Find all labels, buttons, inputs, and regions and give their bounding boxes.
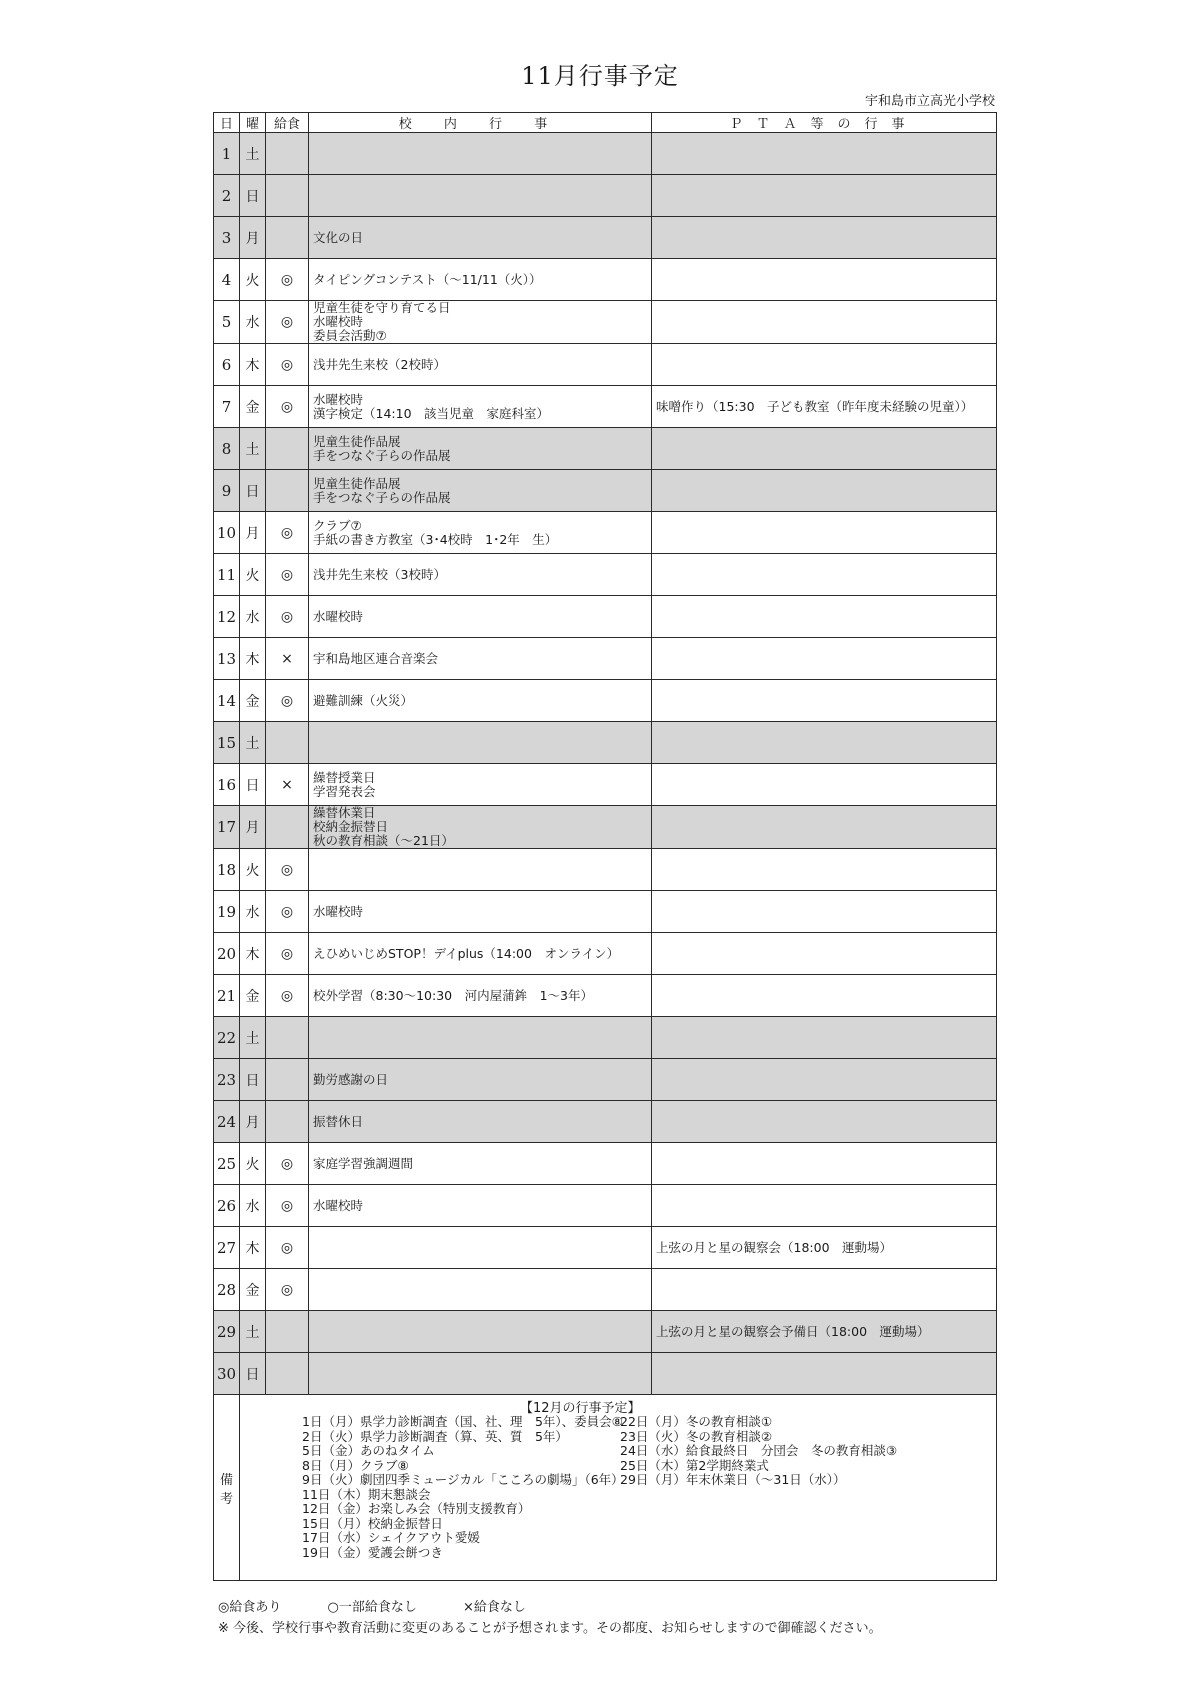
- school-events-cell: タイピングコンテスト（～11/11（火））: [309, 259, 652, 301]
- table-row: 8土児童生徒作品展手をつなぐ子らの作品展: [214, 428, 997, 470]
- pta-events-cell: 味噌作り（15:30 子ども教室（昨年度未経験の児童））: [652, 386, 997, 428]
- table-row: 2日: [214, 175, 997, 217]
- event-line: 浅井先生来校（3校時）: [313, 568, 651, 582]
- table-row: 29土上弦の月と星の観察会予備日（18:00 運動場）: [214, 1311, 997, 1353]
- december-event: 24日（水）給食最終日 分団会 冬の教育相談③: [620, 1444, 897, 1459]
- table-row: 17月繰替休業日校納金振替日秋の教育相談（～21日）: [214, 806, 997, 849]
- lunch-status: ◎: [266, 1143, 309, 1185]
- event-line: 味噌作り（15:30 子ども教室（昨年度未経験の児童））: [656, 400, 996, 414]
- weekday: 土: [240, 428, 266, 470]
- event-line: 学習発表会: [313, 785, 651, 799]
- december-event: 29日（月）年末休業日（～31日（水））: [620, 1473, 897, 1488]
- school-events-cell: 勤労感謝の日: [309, 1059, 652, 1101]
- day-number: 25: [214, 1143, 240, 1185]
- table-row: 27木◎上弦の月と星の観察会（18:00 運動場）: [214, 1227, 997, 1269]
- weekday: 木: [240, 933, 266, 975]
- day-number: 2: [214, 175, 240, 217]
- table-row: 12水◎水曜校時: [214, 596, 997, 638]
- event-line: 漢字検定（14:10 該当児童 家庭科室）: [313, 407, 651, 421]
- event-line: 児童生徒を守り育てる日: [313, 301, 651, 315]
- remarks-label: 備考: [214, 1395, 240, 1581]
- day-number: 18: [214, 849, 240, 891]
- school-events-cell: 校外学習（8:30～10:30 河内屋蒲鉾 1～3年）: [309, 975, 652, 1017]
- weekday: 日: [240, 470, 266, 512]
- lunch-status: ◎: [266, 386, 309, 428]
- school-events-cell: 浅井先生来校（3校時）: [309, 554, 652, 596]
- weekday: 土: [240, 133, 266, 175]
- weekday: 木: [240, 344, 266, 386]
- event-line: 上弦の月と星の観察会予備日（18:00 運動場）: [656, 1325, 996, 1339]
- day-number: 9: [214, 470, 240, 512]
- table-row: 20木◎えひめいじめSTOP！デイplus（14:00 オンライン）: [214, 933, 997, 975]
- event-line: 勤労感謝の日: [313, 1073, 651, 1087]
- table-row: 26水◎水曜校時: [214, 1185, 997, 1227]
- day-number: 21: [214, 975, 240, 1017]
- lunch-status: ◎: [266, 344, 309, 386]
- table-row: 10月◎クラブ⑦手紙の書き方教室（3･4校時 1･2年 生）: [214, 512, 997, 554]
- pta-events-cell: [652, 975, 997, 1017]
- school-events-cell: [309, 175, 652, 217]
- day-number: 16: [214, 764, 240, 806]
- day-number: 23: [214, 1059, 240, 1101]
- table-row: 16日×繰替授業日学習発表会: [214, 764, 997, 806]
- weekday: 火: [240, 1143, 266, 1185]
- pta-events-cell: [652, 1059, 997, 1101]
- lunch-status: [266, 722, 309, 764]
- day-number: 4: [214, 259, 240, 301]
- pta-events-cell: [652, 470, 997, 512]
- table-header-row: 日 曜 給食 校 内 行 事 ＰＴＡ等の行事: [214, 113, 997, 133]
- school-events-cell: 児童生徒を守り育てる日水曜校時委員会活動⑦: [309, 301, 652, 344]
- table-row: 5水◎児童生徒を守り育てる日水曜校時委員会活動⑦: [214, 301, 997, 344]
- day-number: 7: [214, 386, 240, 428]
- school-events-cell: 児童生徒作品展手をつなぐ子らの作品展: [309, 470, 652, 512]
- december-event: 8日（月）クラブ⑧: [302, 1459, 624, 1474]
- remarks-row: 備考 【12月の行事予定】 1日（月）県学力診断調査（国、社、理 5年）、委員会…: [214, 1395, 997, 1581]
- pta-events-cell: [652, 133, 997, 175]
- lunch-status: ◎: [266, 1269, 309, 1311]
- event-line: 水曜校時: [313, 315, 651, 329]
- day-number: 29: [214, 1311, 240, 1353]
- lunch-status: [266, 806, 309, 849]
- lunch-status: ◎: [266, 512, 309, 554]
- day-number: 28: [214, 1269, 240, 1311]
- weekday: 金: [240, 680, 266, 722]
- table-row: 23日勤労感謝の日: [214, 1059, 997, 1101]
- lunch-status: ◎: [266, 259, 309, 301]
- day-number: 27: [214, 1227, 240, 1269]
- event-line: 水曜校時: [313, 905, 651, 919]
- event-line: 児童生徒作品展: [313, 435, 651, 449]
- weekday: 土: [240, 1017, 266, 1059]
- school-events-cell: 文化の日: [309, 217, 652, 259]
- pta-events-cell: [652, 217, 997, 259]
- table-row: 7金◎水曜校時漢字検定（14:10 該当児童 家庭科室）味噌作り（15:30 子…: [214, 386, 997, 428]
- lunch-status: [266, 1353, 309, 1395]
- pta-events-cell: [652, 764, 997, 806]
- day-number: 10: [214, 512, 240, 554]
- weekday: 火: [240, 259, 266, 301]
- day-number: 15: [214, 722, 240, 764]
- event-line: 家庭学習強調週間: [313, 1157, 651, 1171]
- weekday: 水: [240, 301, 266, 344]
- school-events-cell: 水曜校時: [309, 596, 652, 638]
- school-events-cell: [309, 722, 652, 764]
- event-line: 手をつなぐ子らの作品展: [313, 449, 651, 463]
- lunch-status: ◎: [266, 849, 309, 891]
- legend-no-lunch: ×給食なし: [463, 1600, 526, 1615]
- table-row: 15土: [214, 722, 997, 764]
- pta-events-cell: [652, 722, 997, 764]
- day-number: 17: [214, 806, 240, 849]
- school-events-cell: 繰替休業日校納金振替日秋の教育相談（～21日）: [309, 806, 652, 849]
- december-event: 25日（木）第2学期終業式: [620, 1459, 897, 1474]
- table-row: 18火◎: [214, 849, 997, 891]
- school-events-cell: 児童生徒作品展手をつなぐ子らの作品展: [309, 428, 652, 470]
- lunch-legend: ◎給食あり ○一部給食なし ×給食なし: [218, 1596, 550, 1615]
- weekday: 月: [240, 217, 266, 259]
- pta-events-cell: [652, 428, 997, 470]
- pta-events-cell: 上弦の月と星の観察会（18:00 運動場）: [652, 1227, 997, 1269]
- col-header-weekday: 曜: [240, 113, 266, 133]
- school-events-cell: 避難訓練（火災）: [309, 680, 652, 722]
- day-number: 13: [214, 638, 240, 680]
- lunch-status: [266, 217, 309, 259]
- event-line: 繰替授業日: [313, 771, 651, 785]
- day-number: 19: [214, 891, 240, 933]
- school-events-cell: 水曜校時: [309, 1185, 652, 1227]
- weekday: 木: [240, 638, 266, 680]
- pta-events-cell: [652, 806, 997, 849]
- school-events-cell: 水曜校時漢字検定（14:10 該当児童 家庭科室）: [309, 386, 652, 428]
- day-number: 26: [214, 1185, 240, 1227]
- pta-events-cell: [652, 1185, 997, 1227]
- table-row: 9日児童生徒作品展手をつなぐ子らの作品展: [214, 470, 997, 512]
- col-header-lunch: 給食: [266, 113, 309, 133]
- weekday: 火: [240, 554, 266, 596]
- table-row: 4火◎タイピングコンテスト（～11/11（火））: [214, 259, 997, 301]
- pta-events-cell: [652, 175, 997, 217]
- weekday: 日: [240, 764, 266, 806]
- lunch-status: ◎: [266, 975, 309, 1017]
- pta-events-cell: [652, 1101, 997, 1143]
- event-line: 水曜校時: [313, 1199, 651, 1213]
- weekday: 月: [240, 806, 266, 849]
- school-events-cell: 振替休日: [309, 1101, 652, 1143]
- school-events-cell: [309, 1269, 652, 1311]
- event-line: 繰替休業日: [313, 806, 651, 820]
- event-line: 校納金振替日: [313, 820, 651, 834]
- day-number: 3: [214, 217, 240, 259]
- december-event: 19日（金）愛護会餅つき: [302, 1546, 624, 1561]
- school-events-cell: 浅井先生来校（2校時）: [309, 344, 652, 386]
- pta-events-cell: [652, 891, 997, 933]
- pta-events-cell: [652, 259, 997, 301]
- event-line: 手紙の書き方教室（3･4校時 1･2年 生）: [313, 533, 651, 547]
- day-number: 24: [214, 1101, 240, 1143]
- school-events-cell: [309, 1227, 652, 1269]
- school-events-cell: 繰替授業日学習発表会: [309, 764, 652, 806]
- event-line: 児童生徒作品展: [313, 477, 651, 491]
- december-event: 2日（火）県学力診断調査（算、英、質 5年）: [302, 1430, 624, 1445]
- table-row: 25火◎家庭学習強調週間: [214, 1143, 997, 1185]
- table-row: 3月文化の日: [214, 217, 997, 259]
- event-line: 校外学習（8:30～10:30 河内屋蒲鉾 1～3年）: [313, 989, 651, 1003]
- lunch-status: [266, 1017, 309, 1059]
- lunch-status: ◎: [266, 554, 309, 596]
- event-line: クラブ⑦: [313, 519, 651, 533]
- december-events-left: 1日（月）県学力診断調査（国、社、理 5年）、委員会⑧2日（火）県学力診断調査（…: [302, 1415, 624, 1560]
- december-event: 1日（月）県学力診断調査（国、社、理 5年）、委員会⑧: [302, 1415, 624, 1430]
- day-number: 6: [214, 344, 240, 386]
- table-row: 14金◎避難訓練（火災）: [214, 680, 997, 722]
- weekday: 土: [240, 1311, 266, 1353]
- pta-events-cell: [652, 301, 997, 344]
- lunch-status: ◎: [266, 1227, 309, 1269]
- day-number: 30: [214, 1353, 240, 1395]
- pta-events-cell: [652, 344, 997, 386]
- pta-events-cell: [652, 554, 997, 596]
- weekday: 日: [240, 1059, 266, 1101]
- pta-events-cell: [652, 933, 997, 975]
- lunch-status: [266, 175, 309, 217]
- pta-events-cell: [652, 1353, 997, 1395]
- lunch-status: ◎: [266, 891, 309, 933]
- school-events-cell: [309, 1353, 652, 1395]
- weekday: 月: [240, 1101, 266, 1143]
- table-row: 11火◎浅井先生来校（3校時）: [214, 554, 997, 596]
- table-row: 19水◎水曜校時: [214, 891, 997, 933]
- page-title: 11月行事予定: [0, 56, 1200, 91]
- day-number: 12: [214, 596, 240, 638]
- december-event: 23日（火）冬の教育相談②: [620, 1430, 897, 1445]
- lunch-status: ◎: [266, 596, 309, 638]
- lunch-status: ×: [266, 764, 309, 806]
- event-line: 文化の日: [313, 231, 651, 245]
- table-row: 22土: [214, 1017, 997, 1059]
- event-line: 委員会活動⑦: [313, 329, 651, 343]
- weekday: 火: [240, 849, 266, 891]
- pta-events-cell: [652, 1269, 997, 1311]
- lunch-status: [266, 1101, 309, 1143]
- school-events-cell: [309, 1311, 652, 1353]
- lunch-status: ◎: [266, 301, 309, 344]
- col-header-school-events: 校 内 行 事: [309, 113, 652, 133]
- pta-events-cell: [652, 680, 997, 722]
- weekday: 金: [240, 386, 266, 428]
- table-row: 1土: [214, 133, 997, 175]
- weekday: 水: [240, 891, 266, 933]
- pta-events-cell: [652, 512, 997, 554]
- col-header-pta-events: ＰＴＡ等の行事: [652, 113, 997, 133]
- legend-full-lunch: ◎給食あり: [218, 1600, 281, 1615]
- day-number: 8: [214, 428, 240, 470]
- december-event: 12日（金）お楽しみ会（特別支援教育）: [302, 1502, 624, 1517]
- table-row: 28金◎: [214, 1269, 997, 1311]
- school-events-cell: 宇和島地区連合音楽会: [309, 638, 652, 680]
- pta-events-cell: [652, 849, 997, 891]
- december-events-right: 22日（月）冬の教育相談①23日（火）冬の教育相談②24日（水）給食最終日 分団…: [620, 1415, 897, 1488]
- december-event: 22日（月）冬の教育相談①: [620, 1415, 897, 1430]
- weekday: 土: [240, 722, 266, 764]
- event-line: 振替休日: [313, 1115, 651, 1129]
- lunch-status: ◎: [266, 1185, 309, 1227]
- day-number: 5: [214, 301, 240, 344]
- december-event: 9日（火）劇団四季ミュージカル「こころの劇場」（6年）: [302, 1473, 624, 1488]
- lunch-status: [266, 428, 309, 470]
- december-event: 15日（月）校納金振替日: [302, 1517, 624, 1532]
- table-row: 24月振替休日: [214, 1101, 997, 1143]
- december-event: 11日（木）期末懇談会: [302, 1488, 624, 1503]
- weekday: 水: [240, 596, 266, 638]
- lunch-status: ◎: [266, 680, 309, 722]
- event-line: 水曜校時: [313, 610, 651, 624]
- lunch-status: [266, 470, 309, 512]
- december-event: 17日（水）シェイクアウト愛媛: [302, 1531, 624, 1546]
- event-line: 水曜校時: [313, 393, 651, 407]
- weekday: 木: [240, 1227, 266, 1269]
- weekday: 日: [240, 1353, 266, 1395]
- school-events-cell: 水曜校時: [309, 891, 652, 933]
- day-number: 22: [214, 1017, 240, 1059]
- school-events-cell: [309, 133, 652, 175]
- pta-events-cell: [652, 1143, 997, 1185]
- december-event: 5日（金）あのねタイム: [302, 1444, 624, 1459]
- schedule-table: 日 曜 給食 校 内 行 事 ＰＴＡ等の行事 1土2日3月文化の日4火◎タイピン…: [213, 112, 997, 1581]
- event-line: 浅井先生来校（2校時）: [313, 358, 651, 372]
- event-line: 秋の教育相談（～21日）: [313, 834, 651, 848]
- lunch-status: [266, 1311, 309, 1353]
- event-line: 上弦の月と星の観察会（18:00 運動場）: [656, 1241, 996, 1255]
- school-name: 宇和島市立高光小学校: [865, 90, 995, 109]
- school-events-cell: えひめいじめSTOP！デイplus（14:00 オンライン）: [309, 933, 652, 975]
- lunch-status: ×: [266, 638, 309, 680]
- table-row: 21金◎校外学習（8:30～10:30 河内屋蒲鉾 1～3年）: [214, 975, 997, 1017]
- day-number: 14: [214, 680, 240, 722]
- school-events-cell: [309, 1017, 652, 1059]
- pta-events-cell: [652, 638, 997, 680]
- event-line: えひめいじめSTOP！デイplus（14:00 オンライン）: [313, 947, 651, 961]
- pta-events-cell: 上弦の月と星の観察会予備日（18:00 運動場）: [652, 1311, 997, 1353]
- day-number: 11: [214, 554, 240, 596]
- col-header-day: 日: [214, 113, 240, 133]
- change-notice: ※ 今後、学校行事や教育活動に変更のあることが予想されます。その都度、お知らせし…: [218, 1617, 882, 1636]
- day-number: 1: [214, 133, 240, 175]
- remarks-cell: 【12月の行事予定】 1日（月）県学力診断調査（国、社、理 5年）、委員会⑧2日…: [240, 1395, 997, 1581]
- lunch-status: ◎: [266, 933, 309, 975]
- table-row: 6木◎浅井先生来校（2校時）: [214, 344, 997, 386]
- weekday: 金: [240, 1269, 266, 1311]
- event-line: 宇和島地区連合音楽会: [313, 652, 651, 666]
- table-row: 13木×宇和島地区連合音楽会: [214, 638, 997, 680]
- legend-partial-lunch: ○一部給食なし: [327, 1600, 416, 1615]
- weekday: 水: [240, 1185, 266, 1227]
- school-events-cell: [309, 849, 652, 891]
- event-line: 避難訓練（火災）: [313, 694, 651, 708]
- lunch-status: [266, 1059, 309, 1101]
- day-number: 20: [214, 933, 240, 975]
- weekday: 金: [240, 975, 266, 1017]
- school-events-cell: 家庭学習強調週間: [309, 1143, 652, 1185]
- school-events-cell: クラブ⑦手紙の書き方教室（3･4校時 1･2年 生）: [309, 512, 652, 554]
- event-line: 手をつなぐ子らの作品展: [313, 491, 651, 505]
- event-line: タイピングコンテスト（～11/11（火））: [313, 273, 651, 287]
- table-row: 30日: [214, 1353, 997, 1395]
- lunch-status: [266, 133, 309, 175]
- pta-events-cell: [652, 596, 997, 638]
- weekday: 月: [240, 512, 266, 554]
- weekday: 日: [240, 175, 266, 217]
- pta-events-cell: [652, 1017, 997, 1059]
